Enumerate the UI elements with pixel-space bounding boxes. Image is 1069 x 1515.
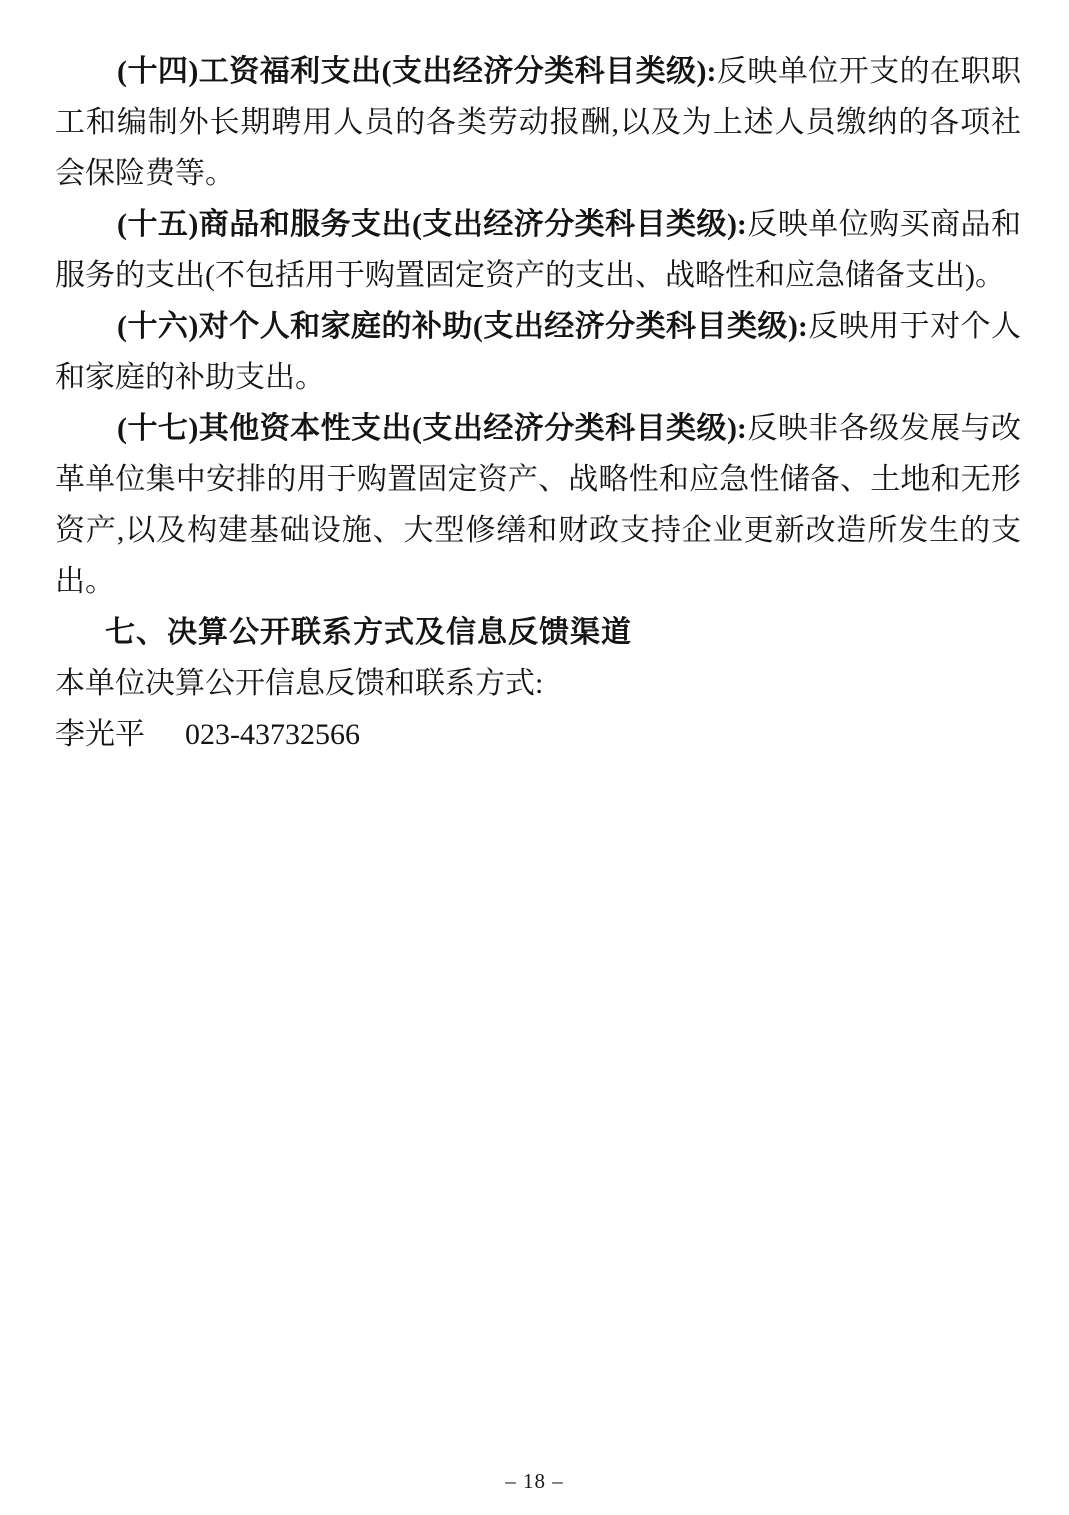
document-page: (十四)工资福利支出(支出经济分类科目类级):反映单位开支的在职职工和编制外长期…	[0, 0, 1069, 1515]
page-footer: – 18 –	[0, 1469, 1069, 1493]
contact-name: 李光平	[55, 718, 145, 751]
paragraph-17-lead: (十七)其他资本性支出(支出经济分类科目类级):	[117, 412, 747, 445]
paragraph-16: (十六)对个人和家庭的补助(支出经济分类科目类级):反映用于对个人和家庭的补助支…	[55, 301, 1021, 403]
contact-line: 李光平023-43732566	[55, 709, 1021, 760]
paragraph-14-lead: (十四)工资福利支出(支出经济分类科目类级):	[117, 55, 716, 88]
contact-phone: 023-43732566	[185, 718, 360, 751]
paragraph-15-lead: (十五)商品和服务支出(支出经济分类科目类级):	[117, 208, 747, 241]
paragraph-15: (十五)商品和服务支出(支出经济分类科目类级):反映单位购买商品和服务的支出(不…	[55, 199, 1021, 301]
page-number: – 18 –	[505, 1469, 564, 1493]
paragraph-14: (十四)工资福利支出(支出经济分类科目类级):反映单位开支的在职职工和编制外长期…	[55, 46, 1021, 199]
paragraph-17: (十七)其他资本性支出(支出经济分类科目类级):反映非各级发展与改革单位集中安排…	[55, 403, 1021, 607]
section-heading: 七、决算公开联系方式及信息反馈渠道	[55, 607, 1021, 658]
contact-intro: 本单位决算公开信息反馈和联系方式:	[55, 658, 1021, 709]
document-body: (十四)工资福利支出(支出经济分类科目类级):反映单位开支的在职职工和编制外长期…	[55, 46, 1021, 760]
paragraph-16-lead: (十六)对个人和家庭的补助(支出经济分类科目类级):	[117, 310, 808, 343]
